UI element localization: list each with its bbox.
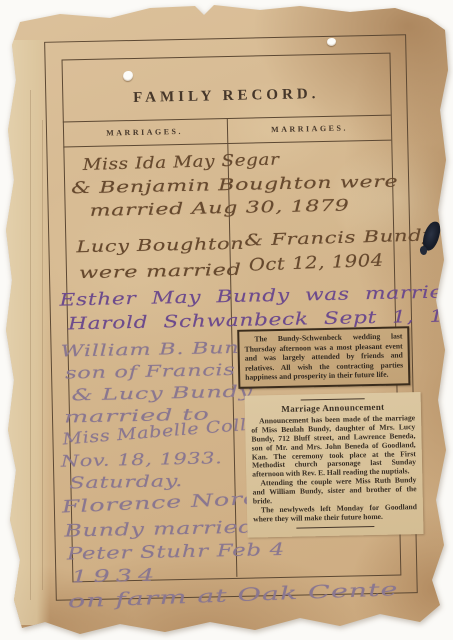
handwritten-line: were married <box>79 260 242 282</box>
clipping-paragraph-1: Announcement has been made of the marria… <box>251 414 416 480</box>
handwritten-line: Lucy Boughton <box>76 234 244 257</box>
clipping-wedding-notice: The Bundy-Schwenbeck wedding last Thursd… <box>237 326 410 389</box>
printed-form: FAMILY RECORD. MARRIAGES. MARRIAGES. Mis… <box>0 0 453 640</box>
handwritten-line: son of Francis <box>65 360 236 383</box>
clipping-bottom-rule <box>296 526 374 531</box>
handwritten-line: Saturday. <box>69 471 183 492</box>
handwritten-line: & Lucy Bundy <box>71 382 253 405</box>
clipping-marriage-announcement: Marriage Announcement Announcement has b… <box>245 392 424 537</box>
scanned-family-record-page: FAMILY RECORD. MARRIAGES. MARRIAGES. Mis… <box>0 0 453 640</box>
aged-paper: FAMILY RECORD. MARRIAGES. MARRIAGES. Mis… <box>0 0 453 640</box>
clipping-top-rule <box>301 398 365 400</box>
handwritten-line: 1934 <box>71 566 160 588</box>
clipping-title: Marriage Announcement <box>251 402 415 414</box>
handwritten-line: Nov. 18, 1933. <box>61 448 223 470</box>
clipping-paragraph-3: The newlyweds left Monday for Goodland w… <box>253 503 417 524</box>
paper-shadow-layer: FAMILY RECORD. MARRIAGES. MARRIAGES. Mis… <box>0 0 453 640</box>
